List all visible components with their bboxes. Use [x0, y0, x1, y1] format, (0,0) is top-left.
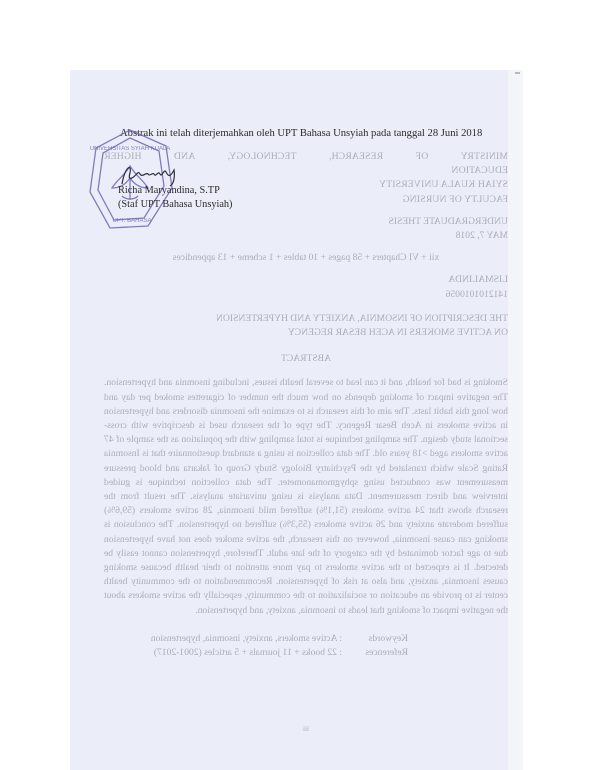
references-value: : 22 books + 11 journals + 5 articles (2… [154, 646, 342, 660]
ministry-word: TECHNOLOGY, [228, 150, 297, 164]
signer-name: Richa Maryandina, S.TP [118, 184, 233, 198]
student-id: 1412101010056 [104, 288, 508, 302]
page-number: iii [104, 722, 508, 736]
abstract-body: Smoking is bad for health, and it can le… [104, 376, 508, 617]
translation-note: Abstrak ini telah diterjemahkan oleh UPT… [120, 128, 482, 139]
signer-block: Richa Maryandina, S.TP (Staf UPT Bahasa … [118, 184, 233, 212]
title-line-1: THE DESCRIPTION OF INSOMNIA, ANXIETY AND… [104, 312, 508, 326]
abstract-heading: ABSTRACT [104, 352, 508, 366]
scan-speck [515, 72, 520, 74]
svg-text:UNIVERSITAS SYIAH KUALA: UNIVERSITAS SYIAH KUALA [90, 146, 171, 152]
author-name: LISMALINDA [104, 273, 508, 287]
ministry-word: OF [416, 150, 429, 164]
ministry-word: RESEARCH, [329, 150, 383, 164]
references-label: References [342, 646, 408, 660]
author-block: LISMALINDA 1412101010056 [104, 273, 508, 301]
signer-role: (Staf UPT Bahasa Unsyiah) [118, 198, 233, 212]
thesis-title: THE DESCRIPTION OF INSOMNIA, ANXIETY AND… [104, 312, 508, 340]
keywords-block: Keywords : Active smokers, anxiety, inso… [104, 632, 508, 660]
ministry-word: MINISTRY [461, 150, 508, 164]
keywords-value: : Active smokers, anxiety, insomnia, hyp… [151, 632, 342, 646]
keywords-row: Keywords : Active smokers, anxiety, inso… [104, 632, 408, 646]
title-line-2: ON ACTIVE SMOKERS IN ACEH BESAR REGENCY [104, 326, 508, 340]
thesis-extent: xii + VI Chapters + 58 pages + 10 tables… [104, 251, 508, 265]
svg-text:UPT. BAHASA: UPT. BAHASA [112, 218, 151, 224]
page-edge-strip [508, 70, 523, 770]
keywords-label: Keywords [342, 632, 408, 646]
references-row: References : 22 books + 11 journals + 5 … [104, 646, 408, 660]
